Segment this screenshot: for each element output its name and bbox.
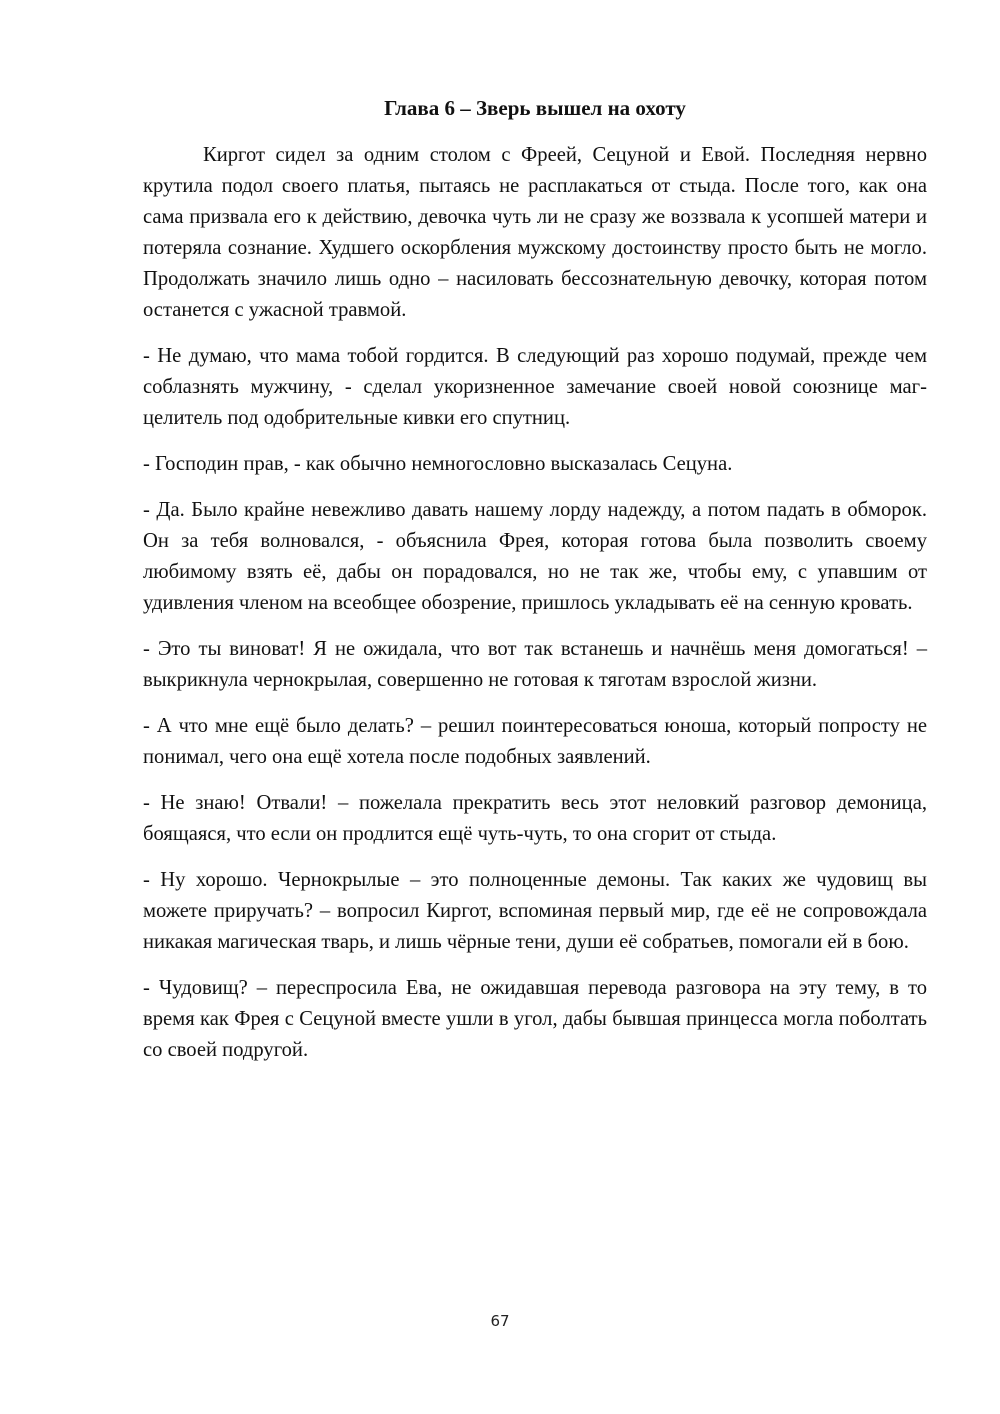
paragraph-dialogue: - Господин прав, - как обычно немногосло…: [143, 449, 927, 480]
paragraph-dialogue: - Не знаю! Отвали! – пожелала прекратить…: [143, 788, 927, 850]
paragraph-dialogue: - Не думаю, что мама тобой гордится. В с…: [143, 341, 927, 434]
paragraph-dialogue: - Чудовищ? – переспросила Ева, не ожидав…: [143, 973, 927, 1066]
paragraph-dialogue: - Ну хорошо. Чернокрылые – это полноценн…: [143, 865, 927, 958]
page-number: 67: [0, 1312, 1000, 1330]
chapter-title: Глава 6 – Зверь вышел на охоту: [143, 93, 927, 124]
paragraph-dialogue: - Да. Было крайне невежливо давать нашем…: [143, 495, 927, 619]
paragraph-dialogue: - Это ты виноват! Я не ожидала, что вот …: [143, 634, 927, 696]
paragraph-dialogue: - А что мне ещё было делать? – решил пои…: [143, 711, 927, 773]
document-page: Глава 6 – Зверь вышел на охоту Киргот си…: [143, 93, 927, 1081]
paragraph-narration: Киргот сидел за одним столом с Фреей, Се…: [143, 140, 927, 326]
